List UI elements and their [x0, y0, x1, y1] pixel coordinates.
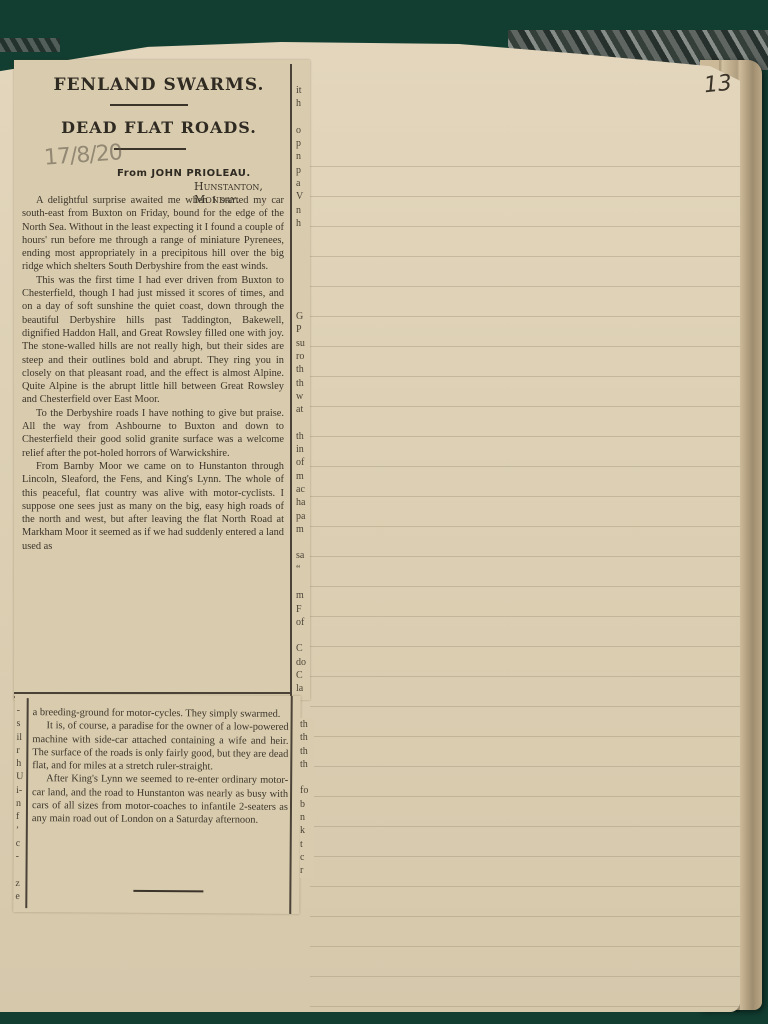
paragraph: After King's Lynn we seemed to re-enter …	[32, 773, 288, 828]
paragraph: From Barnby Moor we came on to Hunstanto…	[22, 460, 284, 553]
paragraph: It is, of course, a paradise for the own…	[32, 719, 288, 774]
column-rule	[289, 696, 293, 914]
cloth-background-left	[0, 38, 60, 52]
headline: FENLAND SWARMS.	[24, 75, 294, 95]
article-continuation: a breeding-ground for motor-cycles. They…	[32, 706, 289, 827]
ruled-lines	[310, 137, 740, 1017]
paragraph: A delightful surprise awaited me when I …	[22, 194, 284, 274]
column-rule	[25, 698, 28, 908]
subheadline: DEAD FLAT ROADS.	[24, 118, 294, 137]
adjacent-column-fragment: it h o p n p a V n h G P su ro th th w a…	[296, 84, 310, 694]
column-rule	[290, 64, 292, 696]
end-rule	[133, 890, 203, 892]
paragraph: This was the first time I had ever drive…	[22, 274, 284, 407]
handwritten-date: 17/8/20	[43, 140, 122, 170]
byline: From JOHN PRIOLEAU.	[117, 168, 251, 179]
headline-divider	[110, 104, 188, 106]
subheadline-divider	[114, 148, 186, 150]
article-body: A delightful surprise awaited me when I …	[22, 194, 284, 553]
newspaper-clipping-main: FENLAND SWARMS. DEAD FLAT ROADS. 17/8/20…	[14, 60, 310, 700]
page-number: 13	[703, 71, 733, 99]
adjacent-column-fragment-right: th th th th fo b n k t c r	[300, 718, 314, 878]
paragraph: To the Derbyshire roads I have nothing t…	[22, 407, 284, 460]
newspaper-clipping-continuation: - s il r h U i- n f ’ c - z e a breeding…	[13, 694, 301, 914]
